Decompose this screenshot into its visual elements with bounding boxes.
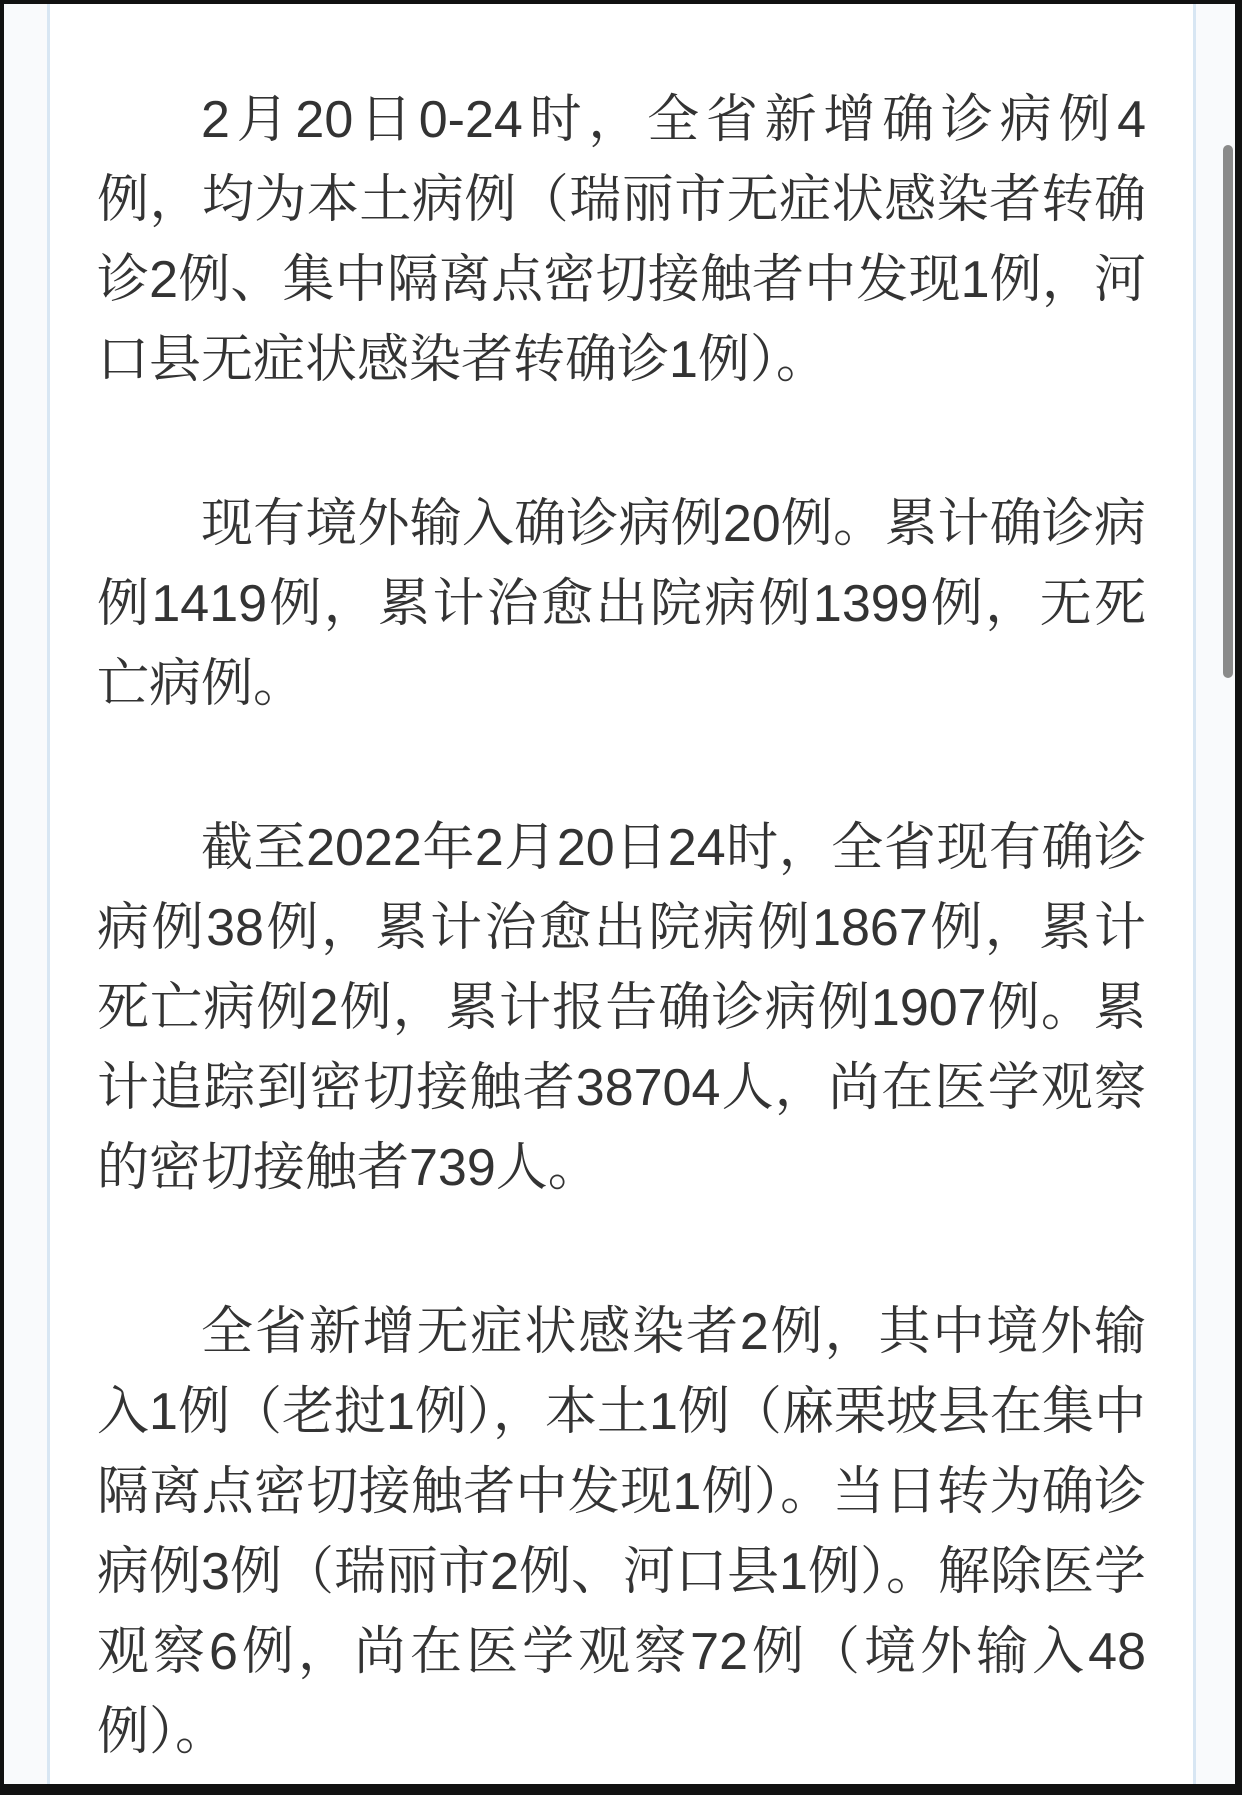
article-panel: 2月20日0-24时，全省新增确诊病例4例，均为本土病例（瑞丽市无症状感染者转确… — [47, 4, 1196, 1784]
paragraph-daily-new-confirmed: 2月20日0-24时，全省新增确诊病例4例，均为本土病例（瑞丽市无症状感染者转确… — [97, 80, 1146, 400]
paragraph-imported-cases: 现有境外输入确诊病例20例。累计确诊病例1419例，累计治愈出院病例1399例，… — [97, 484, 1146, 724]
article-body: 2月20日0-24时，全省新增确诊病例4例，均为本土病例（瑞丽市无症状感染者转确… — [97, 80, 1146, 1772]
paragraph-asymptomatic-cases: 全省新增无症状感染者2例，其中境外输入1例（老挝1例），本土1例（麻栗坡县在集中… — [97, 1292, 1146, 1772]
paragraph-cumulative-totals: 截至2022年2月20日24时，全省现有确诊病例38例，累计治愈出院病例1867… — [97, 808, 1146, 1208]
window-frame: { "theme": { "frame_color": "#111111", "… — [0, 0, 1242, 1795]
page-background: 2月20日0-24时，全省新增确诊病例4例，均为本土病例（瑞丽市无症状感染者转确… — [4, 4, 1235, 1784]
scrollbar-thumb[interactable] — [1223, 145, 1233, 678]
